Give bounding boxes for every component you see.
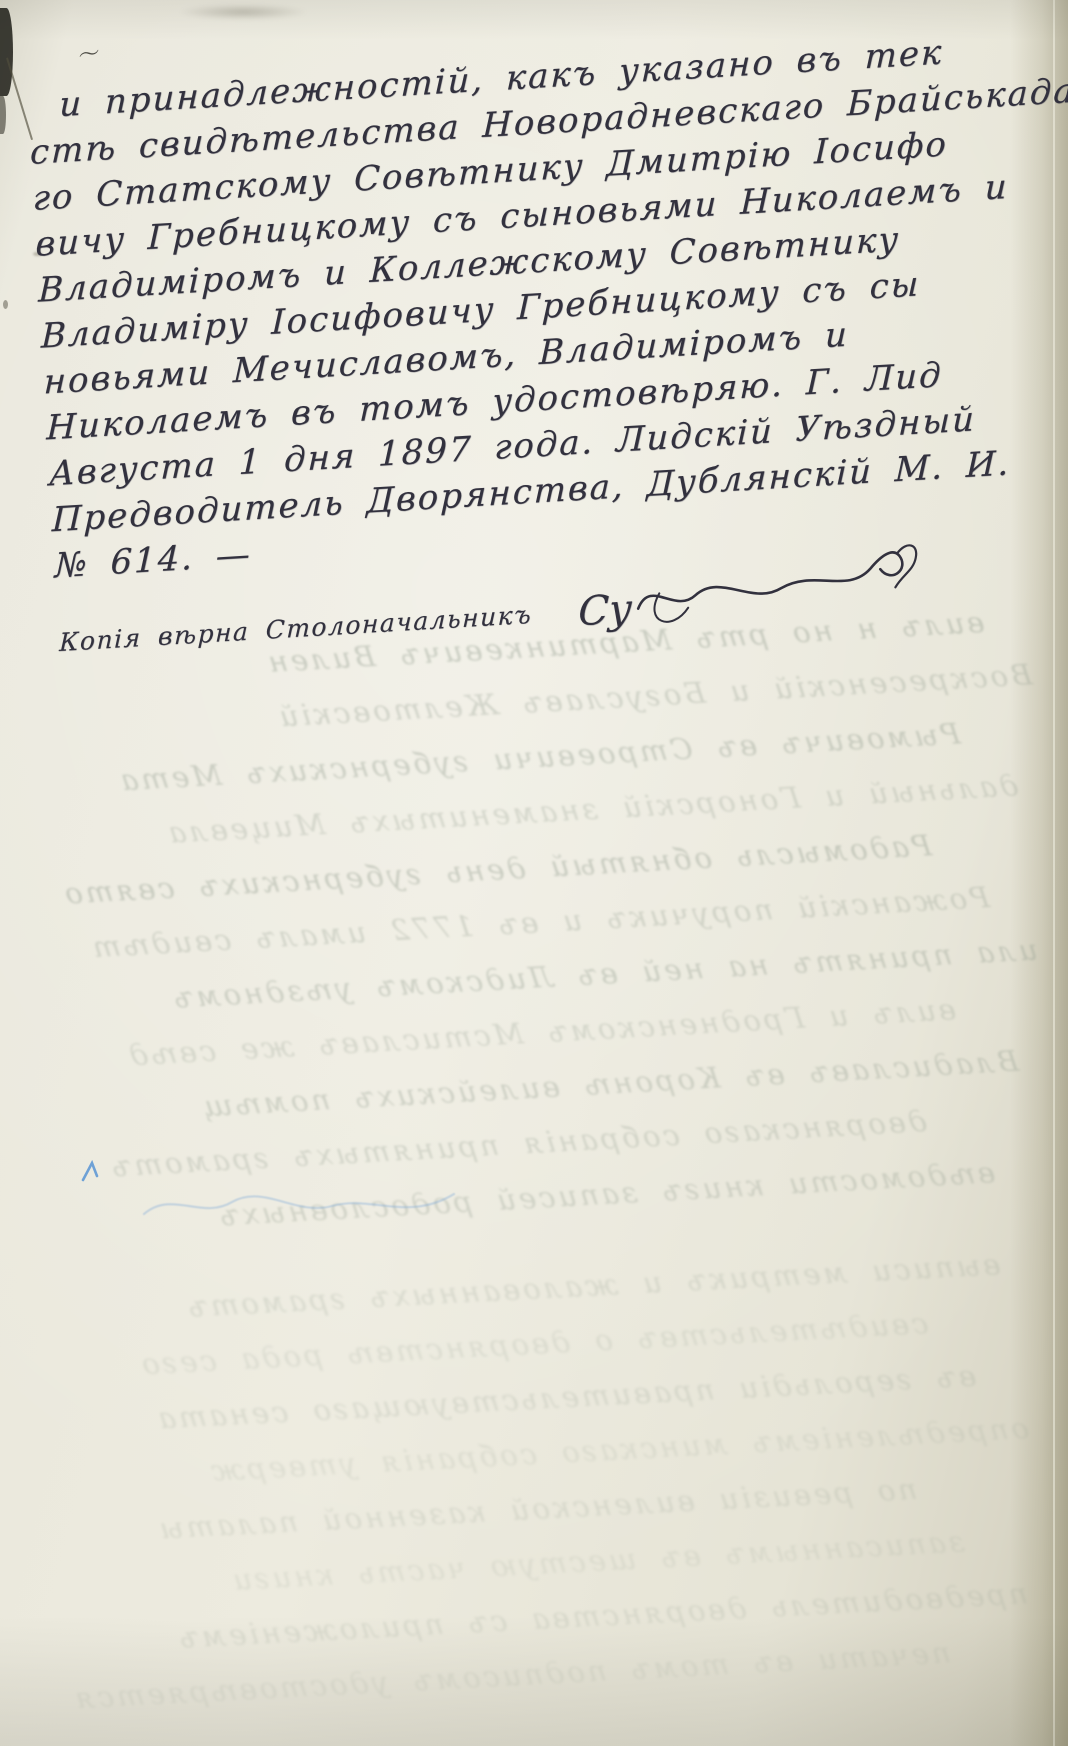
binding-ink-blot-small <box>0 96 6 134</box>
margin-mark: 〜 <box>75 36 102 71</box>
paper-speck <box>3 300 8 309</box>
scanned-manuscript-page: 〜 и принадлежностій, какъ указано въ тек… <box>0 0 1068 1746</box>
blue-pencil-scribble <box>140 1176 460 1231</box>
bleedthrough-lower: выписи метрикъ и жалованныхъ грамотъ сви… <box>30 1235 1062 1727</box>
top-edge-smudge <box>178 4 308 20</box>
manuscript-text-block: и принадлежностій, какъ указано въ тек с… <box>26 12 1068 663</box>
blue-pencil-tick <box>80 1160 106 1184</box>
binding-ink-blot <box>0 8 13 96</box>
bleedthrough-upper: вилъ н но ртъ Мартинкевичъ Вилен Воскрес… <box>34 592 1068 1252</box>
